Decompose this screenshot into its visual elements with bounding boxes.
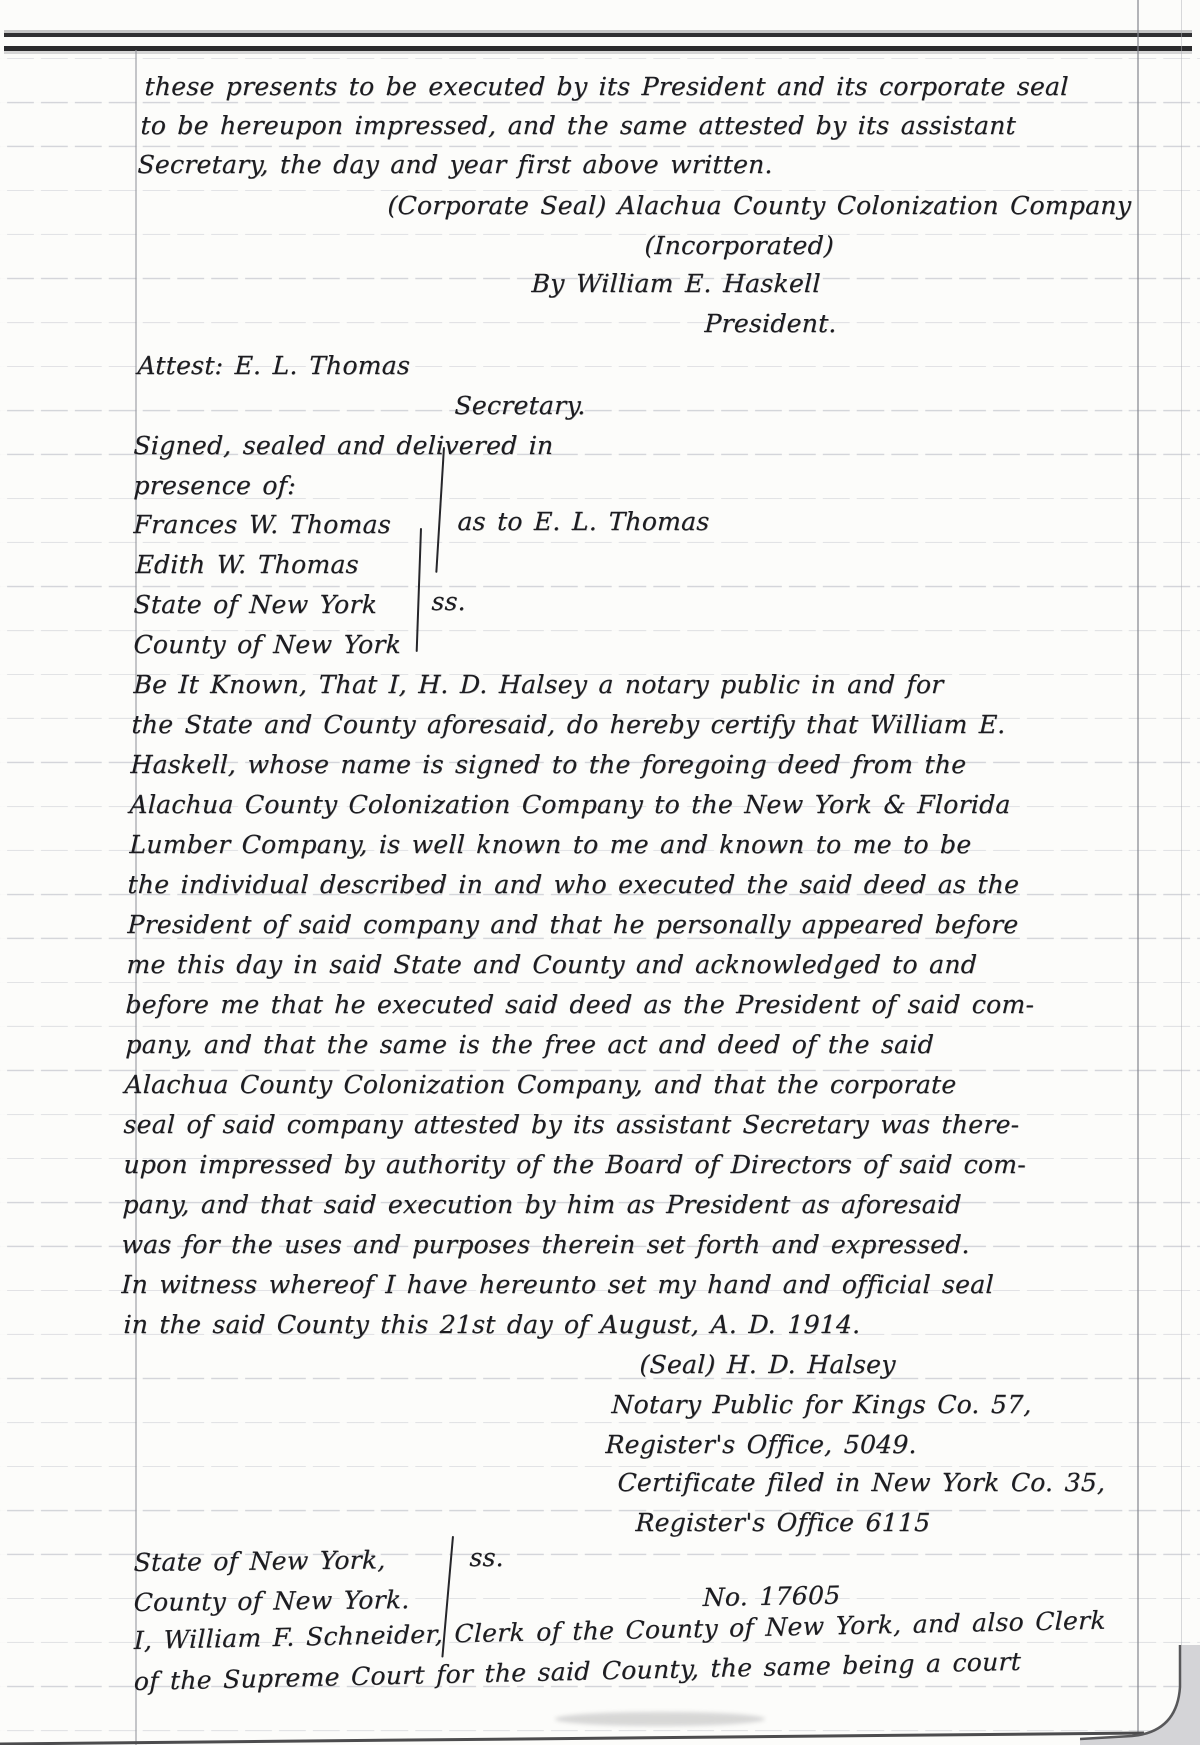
signed-sealed-line: Signed, sealed and delivered in <box>133 432 554 461</box>
handwritten-line: Alachua County Colonization Company, and… <box>124 1071 957 1100</box>
notary-register-line-1: Register's Office, 5049. <box>605 1431 917 1460</box>
incorporated-line: (Incorporated) <box>644 232 834 261</box>
page-top-double-rule-upper <box>4 33 1192 37</box>
handwritten-line: pany, and that the same is the free act … <box>125 1031 934 1060</box>
handwritten-line: Alachua County Colonization Company to t… <box>129 791 1011 820</box>
venue-county-line: County of New York <box>133 631 402 660</box>
president-signature: By William E. Haskell <box>531 270 821 299</box>
scanned-ledger-page: these presents to be executed by its Pre… <box>0 0 1200 1745</box>
corporate-seal-line: (Corporate Seal) Alachua County Coloniza… <box>387 192 1132 221</box>
president-title: President. <box>704 310 837 339</box>
secretary-title: Secretary. <box>454 392 586 421</box>
handwritten-line: before me that he executed said deed as … <box>125 991 1035 1020</box>
handwritten-line: In witness whereof I have hereunto set m… <box>121 1271 994 1300</box>
handwritten-line: me this day in said State and County and… <box>126 951 978 980</box>
venue2-state-line: State of New York, <box>133 1546 386 1577</box>
witness-signature-1: Frances W. Thomas <box>133 511 391 540</box>
attest-line: Attest: E. L. Thomas <box>137 352 411 381</box>
handwritten-line: the individual described in and who exec… <box>127 871 1020 900</box>
handwritten-line: in the said County this 21st day of Augu… <box>123 1311 861 1340</box>
venue2-county-line: County of New York. <box>133 1586 410 1618</box>
notary-title-line: Notary Public for Kings Co. 57, <box>611 1391 1032 1420</box>
page-right-edge <box>1181 0 1182 1745</box>
handwritten-line: upon impressed by authority of the Board… <box>123 1151 1027 1180</box>
page-bottom-right-corner <box>1080 1645 1200 1745</box>
scan-smudge <box>555 1712 765 1726</box>
handwritten-line: Secretary, the day and year first above … <box>137 151 773 180</box>
right-margin-line <box>1137 0 1139 1745</box>
handwritten-line: Haskell, whose name is signed to the for… <box>130 751 967 780</box>
handwritten-line: Lumber Company, is well known to me and … <box>129 831 972 860</box>
venue-ss: ss. <box>431 588 467 617</box>
handwritten-line: these presents to be executed by its Pre… <box>144 73 1069 102</box>
handwritten-line: to be hereupon impressed, and the same a… <box>140 112 1016 141</box>
as-to-note: as to E. L. Thomas <box>457 508 710 537</box>
page-top-double-rule-lower <box>4 46 1192 51</box>
handwritten-line: pany, and that said execution by him as … <box>122 1191 962 1220</box>
record-number: No. 17605 <box>702 1582 840 1613</box>
handwritten-line: seal of said company attested by its ass… <box>123 1111 1020 1140</box>
notary-certificate-line: Certificate filed in New York Co. 35, <box>617 1469 1106 1498</box>
notary-register-line-2: Register's Office 6115 <box>635 1509 931 1538</box>
presence-of-line: presence of: <box>133 472 297 501</box>
notary-seal-signature: (Seal) H. D. Halsey <box>639 1351 896 1380</box>
venue2-ss: ss. <box>469 1544 505 1573</box>
handwritten-line: President of said company and that he pe… <box>127 911 1019 940</box>
handwritten-line: Be It Known, That I, H. D. Halsey a nota… <box>133 671 944 700</box>
witness-signature-2: Edith W. Thomas <box>135 551 359 580</box>
venue-state-line: State of New York <box>133 591 378 620</box>
handwritten-line: was for the uses and purposes therein se… <box>121 1231 970 1260</box>
handwritten-line: the State and County aforesaid, do hereb… <box>131 711 1006 740</box>
